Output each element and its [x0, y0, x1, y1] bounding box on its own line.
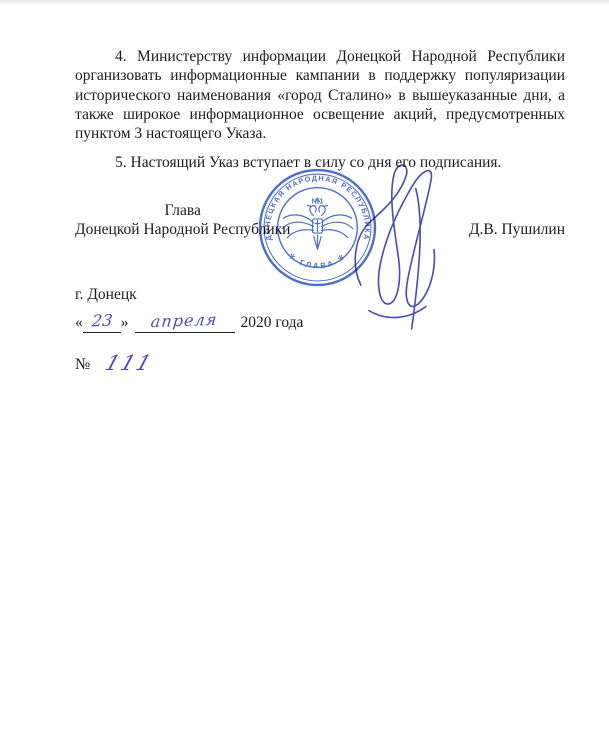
date-month-blank: апреля [135, 312, 235, 333]
decree-body: 4. Министерству информации Донецкой Наро… [75, 47, 565, 173]
date-day-handwritten: 23 [91, 311, 113, 331]
date-month-handwritten: апреля [150, 310, 219, 331]
number-sign: № [75, 356, 90, 373]
date-year-text: 2020 года [241, 314, 304, 331]
signer-name: Д.В. Пушилин [469, 221, 565, 240]
paragraph-4-line: пунктом 3 настоящего Указа. [75, 124, 565, 143]
signature-strokes [347, 158, 457, 336]
page-top-edge [0, 0, 609, 5]
date-close-quote: » [121, 314, 129, 331]
place-line: г. Донецк [75, 286, 137, 304]
paragraph-4-line: исторического наименования «город Сталин… [75, 86, 565, 105]
paragraph-4-line: организовать информационные кампании в п… [75, 66, 565, 85]
handwritten-signature [347, 158, 457, 336]
paragraph-4-line: также широкое информационное освещение а… [75, 105, 565, 124]
double-headed-eagle-icon [282, 198, 353, 249]
paragraph-4: 4. Министерству информации Донецкой Наро… [75, 47, 565, 143]
number-handwritten: 111 [102, 351, 156, 375]
date-line: «23»апреля2020 года [75, 312, 303, 333]
date-open-quote: « [75, 314, 83, 331]
paragraph-4-line: 4. Министерству информации Донецкой Наро… [75, 47, 565, 66]
number-line: №111 [75, 350, 152, 374]
document-page: 4. Министерству информации Донецкой Наро… [0, 0, 609, 733]
date-day-blank: 23 [83, 312, 121, 333]
seal-bottom-arc-text: ✻ ГЛАВА ✻ [287, 251, 348, 270]
